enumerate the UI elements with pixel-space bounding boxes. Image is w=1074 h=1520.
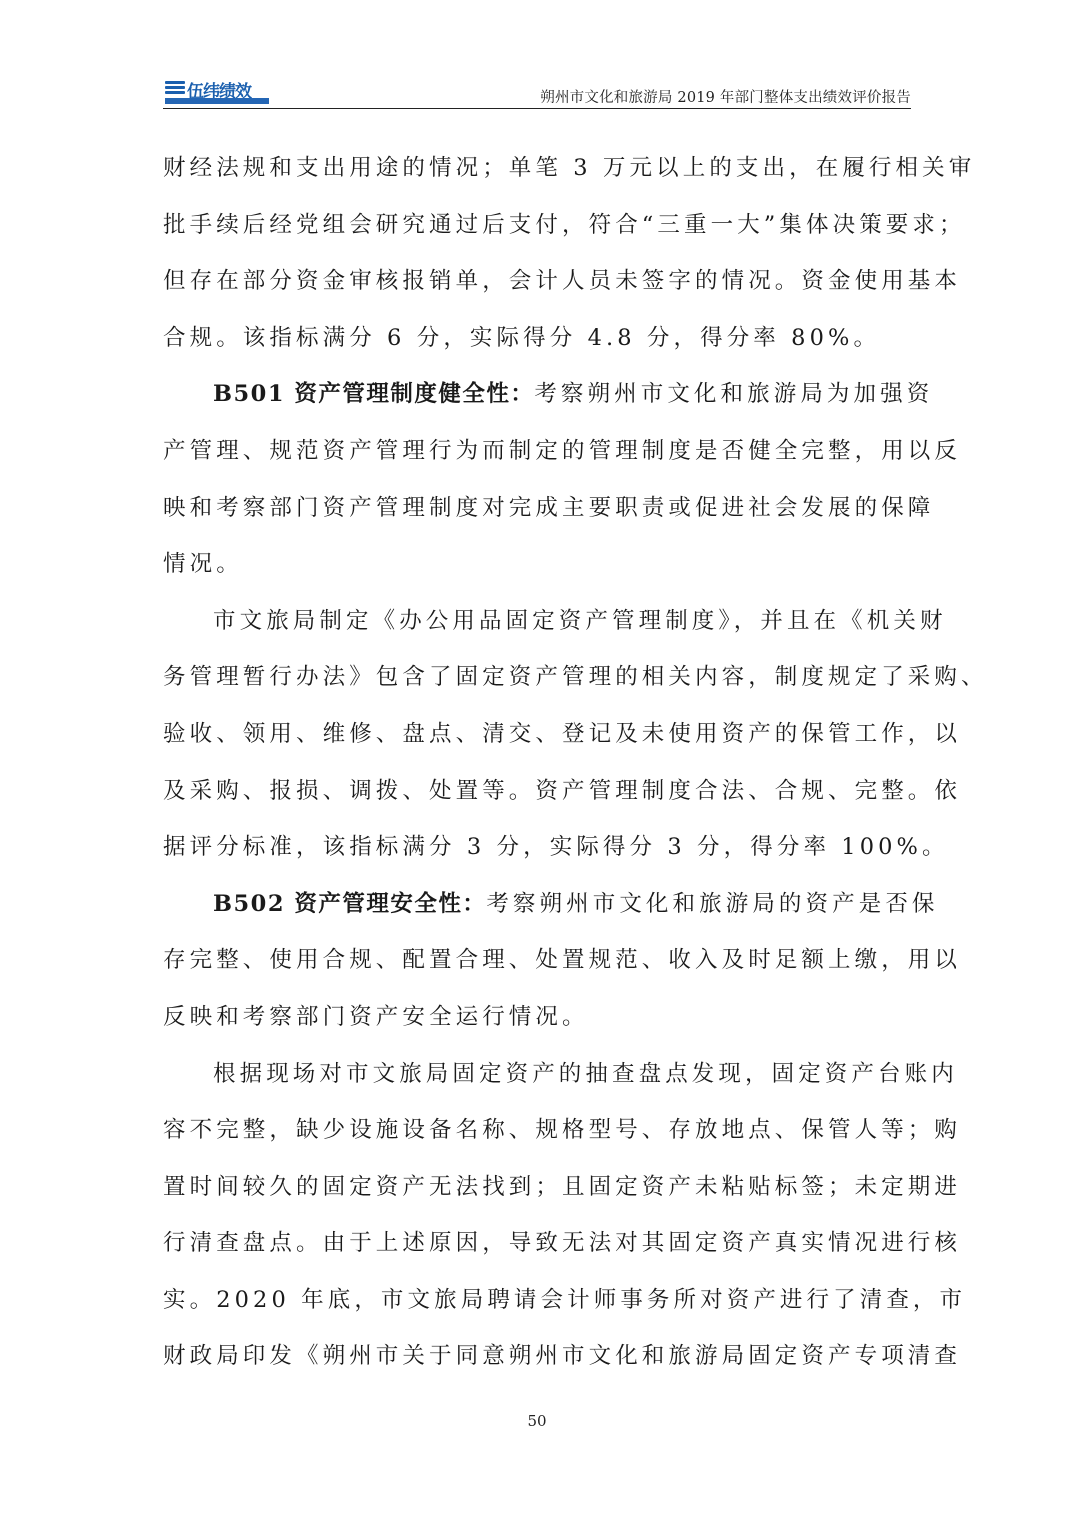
indicator-heading-b501: B501 资产管理制度健全性： <box>213 381 534 407</box>
text-fragment: 考察朔州市文化和旅游局的资产是否保 <box>486 891 938 917</box>
text-line: 实。2020 年底，市文旅局聘请会计师事务所对资产进行了清查，市 <box>163 1272 913 1329</box>
document-page: 伍纬绩效 朔州市文化和旅游局 2019 年部门整体支出绩效评价报告 财经法规和支… <box>0 0 1074 1520</box>
text-line: 验收、领用、维修、盘点、清交、登记及未使用资产的保管工作，以 <box>163 706 913 763</box>
text-line: 合规。该指标满分 6 分，实际得分 4.8 分，得分率 80%。 <box>163 310 913 367</box>
logo-underbar <box>165 98 269 104</box>
text-line: 映和考察部门资产管理制度对完成主要职责或促进社会发展的保障 <box>163 480 913 537</box>
text-line: 市文旅局制定《办公用品固定资产管理制度》，并且在《机关财 <box>163 593 913 650</box>
paragraph-b501-definition: B501 资产管理制度健全性：考察朔州市文化和旅游局为加强资 产管理、规范资产管… <box>163 366 913 592</box>
text-line: 及采购、报损、调拨、处置等。资产管理制度合法、合规、完整。依 <box>163 763 913 820</box>
indicator-heading-b502: B502 资产管理安全性： <box>213 891 486 917</box>
page-header: 伍纬绩效 朔州市文化和旅游局 2019 年部门整体支出绩效评价报告 <box>163 76 911 109</box>
text-line: 但存在部分资金审核报销单，会计人员未签字的情况。资金使用基本 <box>163 253 913 310</box>
logo-stripes-icon <box>165 81 185 95</box>
page-number: 50 <box>0 1412 1074 1430</box>
text-fragment: 考察朔州市文化和旅游局为加强资 <box>534 381 933 407</box>
text-line: 存完整、使用合规、配置合理、处置规范、收入及时足额上缴，用以 <box>163 932 913 989</box>
text-line: 根据现场对市文旅局固定资产的抽查盘点发现，固定资产台账内 <box>163 1046 913 1103</box>
text-line: 产管理、规范资产管理行为而制定的管理制度是否健全完整，用以反 <box>163 423 913 480</box>
paragraph-b501-assessment: 市文旅局制定《办公用品固定资产管理制度》，并且在《机关财 务管理暂行办法》包含了… <box>163 593 913 876</box>
text-line: 据评分标准，该指标满分 3 分，实际得分 3 分，得分率 100%。 <box>163 819 913 876</box>
text-line: B502 资产管理安全性：考察朔州市文化和旅游局的资产是否保 <box>163 876 913 933</box>
text-line: 情况。 <box>163 536 913 593</box>
paragraph-b502-definition: B502 资产管理安全性：考察朔州市文化和旅游局的资产是否保 存完整、使用合规、… <box>163 876 913 1046</box>
document-body: 财经法规和支出用途的情况；单笔 3 万元以上的支出，在履行相关审 批手续后经党组… <box>163 140 913 1385</box>
paragraph-fund-compliance: 财经法规和支出用途的情况；单笔 3 万元以上的支出，在履行相关审 批手续后经党组… <box>163 140 913 366</box>
paragraph-b502-assessment: 根据现场对市文旅局固定资产的抽查盘点发现，固定资产台账内 容不完整，缺少设施设备… <box>163 1046 913 1386</box>
text-line: 行清查盘点。由于上述原因，导致无法对其固定资产真实情况进行核 <box>163 1215 913 1272</box>
text-line: 容不完整，缺少设施设备名称、规格型号、存放地点、保管人等；购 <box>163 1102 913 1159</box>
text-line: 财政局印发《朔州市关于同意朔州市文化和旅游局固定资产专项清查 <box>163 1328 913 1385</box>
text-line: 反映和考察部门资产安全运行情况。 <box>163 989 913 1046</box>
text-line: 财经法规和支出用途的情况；单笔 3 万元以上的支出，在履行相关审 <box>163 140 913 197</box>
report-title: 朔州市文化和旅游局 2019 年部门整体支出绩效评价报告 <box>540 86 911 107</box>
company-logo: 伍纬绩效 <box>165 78 269 104</box>
text-line: 务管理暂行办法》包含了固定资产管理的相关内容，制度规定了采购、 <box>163 649 913 706</box>
text-line: 置时间较久的固定资产无法找到；且固定资产未粘贴标签；未定期进 <box>163 1159 913 1216</box>
text-line: B501 资产管理制度健全性：考察朔州市文化和旅游局为加强资 <box>163 366 913 423</box>
text-line: 批手续后经党组会研究通过后支付，符合“三重一大”集体决策要求； <box>163 197 913 254</box>
